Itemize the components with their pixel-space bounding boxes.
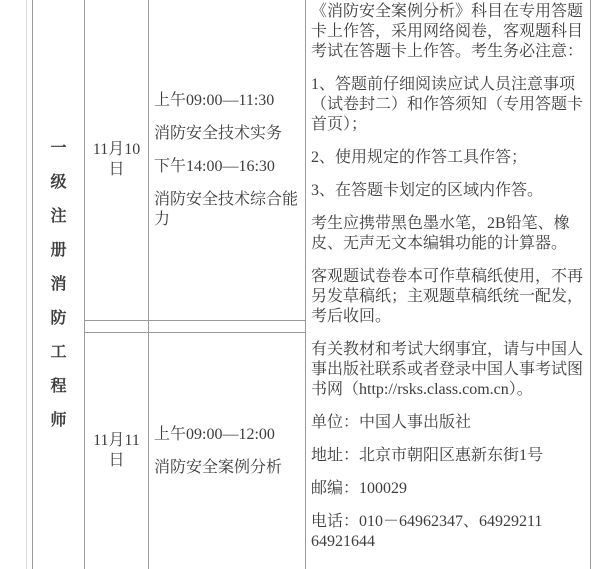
date-row2: 11月11 日 bbox=[93, 431, 140, 471]
notes-paragraph: 《消防安全案例分析》科目在专用答题 卡上作答，采用网络阅卷，客观题科目 考试在答… bbox=[311, 2, 587, 62]
session-line: 消防安全技术综合能 力 bbox=[154, 190, 298, 230]
session-line: 消防安全案例分析 bbox=[154, 458, 282, 478]
notes-paragraph: 客观题试卷卷本可作草稿纸使用，不再 另发草稿纸；主观题草稿纸统一配发， 考后收回… bbox=[311, 267, 587, 327]
session-line: 上午09:00—12:00 bbox=[154, 425, 275, 445]
exam-schedule-table: 一级注册消防工程师 11月10 日 上午09:00—11:30消防安全技术实务下… bbox=[0, 0, 596, 569]
session-cell-row2: 上午09:00—12:00消防安全案例分析 bbox=[149, 333, 305, 569]
exam-name-vertical-text: 一级注册消防工程师 bbox=[50, 132, 68, 438]
notes-paragraph: 考生应携带黑色墨水笔，2B铅笔、橡 皮、无声无文本编辑功能的计算器。 bbox=[311, 214, 587, 254]
notes-paragraph: 3、在答题卡划定的区域内作答。 bbox=[311, 181, 587, 201]
session-line: 消防安全技术实务 bbox=[154, 124, 282, 144]
notes-paragraph: 地址：北京市朝阳区惠新东街1号 bbox=[311, 446, 587, 466]
notes-paragraph: 2、使用规定的作答工具作答； bbox=[311, 148, 587, 168]
exam-name-cell: 一级注册消防工程师 bbox=[33, 0, 84, 569]
notes-paragraph: 有关教材和考试大纲事宜，请与中国人 事出版社联系或者登录中国人事考试图 书网（h… bbox=[311, 340, 587, 400]
notes-paragraph: 单位：中国人事出版社 bbox=[311, 413, 587, 433]
date-cell-row1: 11月10 日 bbox=[85, 0, 148, 320]
session-line: 上午09:00—11:30 bbox=[154, 91, 274, 111]
notes-paragraph: 1、答题前仔细阅读应试人员注意事项 （试卷封二）和作答须知（专用答题卡 首页）； bbox=[311, 75, 587, 135]
session-line: 下午14:00—16:30 bbox=[154, 157, 275, 177]
session-cell-row1: 上午09:00—11:30消防安全技术实务下午14:00—16:30消防安全技术… bbox=[149, 0, 305, 320]
notes-paragraph: 邮编：100029 bbox=[311, 479, 587, 499]
date-row1: 11月10 日 bbox=[93, 140, 140, 180]
notes-paragraph: 电话：010－64962347、64929211 64921644 bbox=[311, 512, 587, 552]
table-row-divider-top bbox=[84, 320, 305, 321]
date-cell-row2: 11月11 日 bbox=[85, 333, 148, 569]
notes-cell: 《消防安全案例分析》科目在专用答题 卡上作答，采用网络阅卷，客观题科目 考试在答… bbox=[306, 0, 590, 569]
table-outer-border-left bbox=[26, 0, 27, 569]
table-border-right bbox=[590, 0, 591, 569]
